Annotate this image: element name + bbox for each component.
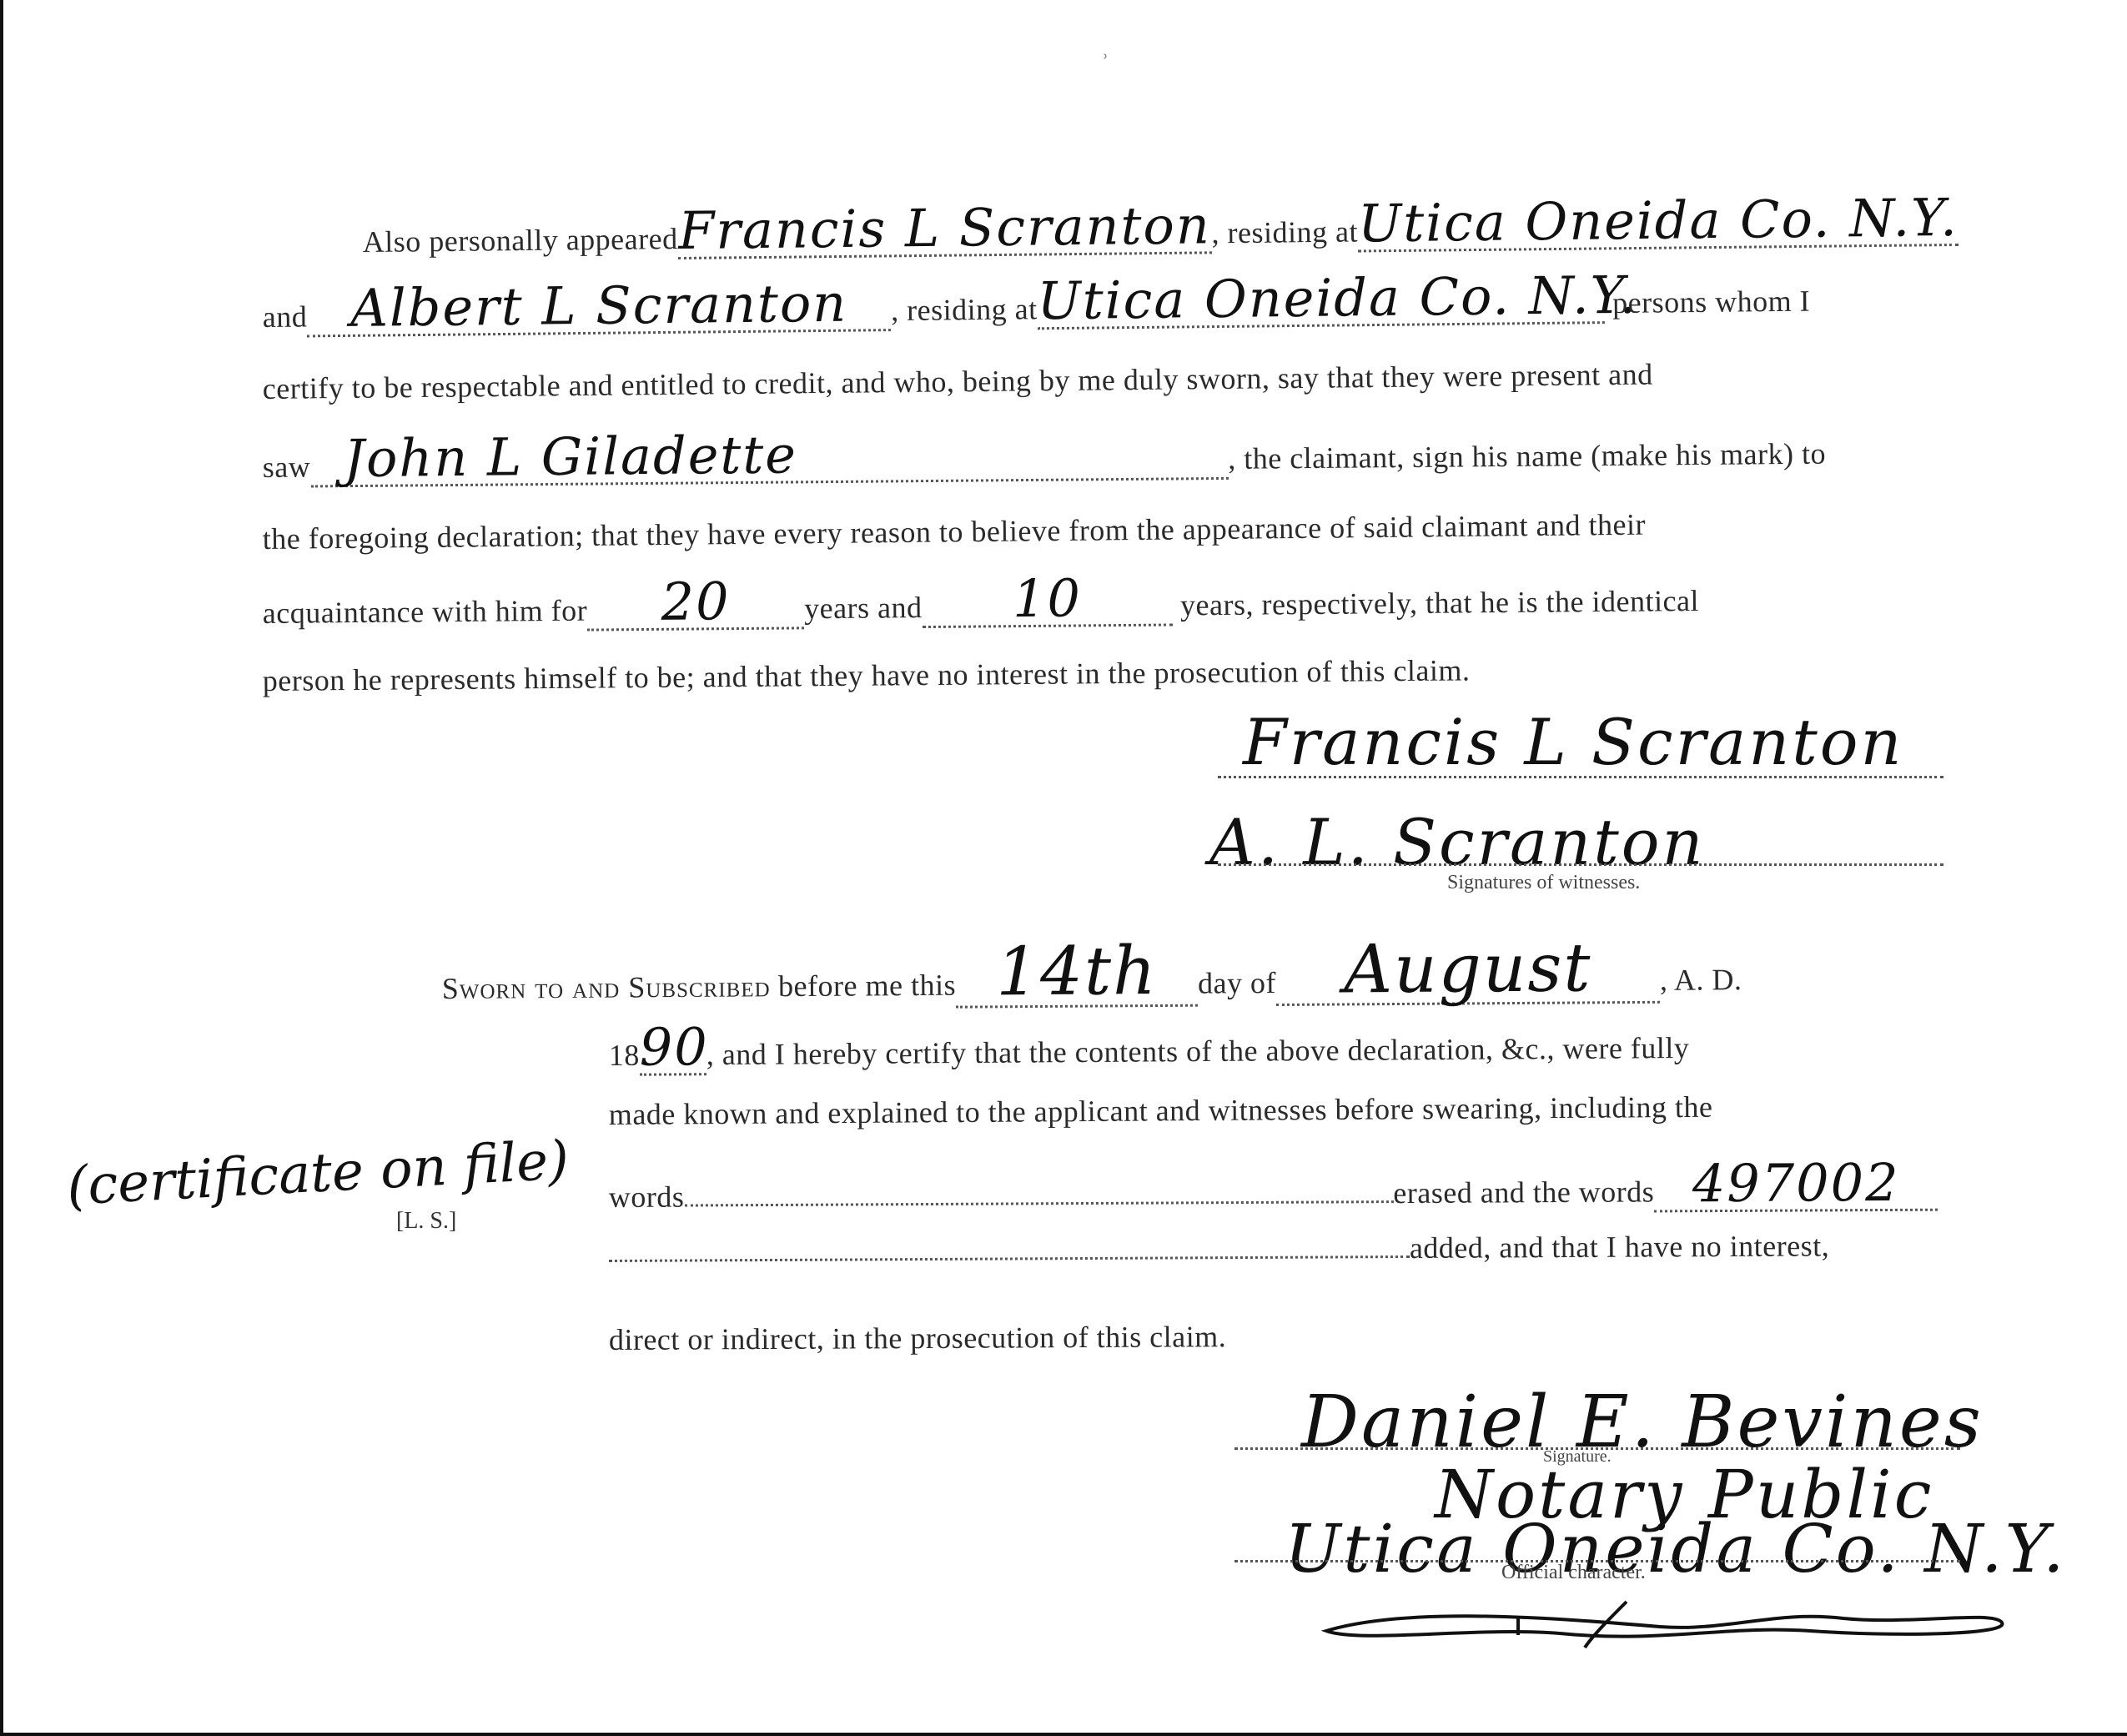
label-hereby-certify: , and I hereby certify that the contents… xyxy=(706,1031,1690,1071)
jurat-line-4: wordserased and the words497002 xyxy=(609,1157,1938,1218)
witness2-name: Albert L Scranton xyxy=(350,278,848,335)
years-witness1: 20 xyxy=(661,576,730,628)
jurat-line-3: made known and explained to the applican… xyxy=(609,1089,1713,1132)
label-acquaintance: acquaintance with him for xyxy=(263,594,588,630)
label-before-me-this: before me this xyxy=(778,969,956,1003)
notary-official-character-2: Utica Oneida Co. N.Y. xyxy=(1285,1510,2067,1588)
label-years-respectively: years, respectively, that he is the iden… xyxy=(1180,584,1699,621)
claimant-name: John L Giladette xyxy=(344,429,797,485)
margin-note-certificate-on-file: (certificate on file) xyxy=(65,1130,570,1217)
label-residing-at-2: , residing at xyxy=(891,292,1038,327)
notary-flourish-icon xyxy=(1310,1585,2019,1660)
witness-line-7: person he represents himself to be; and … xyxy=(263,652,1471,698)
jurat-month: August xyxy=(1344,934,1592,1003)
witness-signature-1: Francis L Scranton xyxy=(1243,705,1903,779)
label-saw: saw xyxy=(263,450,311,484)
jurat-line-6: direct or indirect, in the prosecution o… xyxy=(609,1319,1227,1357)
label-residing-at-1: , residing at xyxy=(1211,215,1358,250)
added-words-value: 497002 xyxy=(1692,1157,1900,1210)
witness-line-3: certify to be respectable and entitled t… xyxy=(263,357,1653,406)
jurat-day: 14th xyxy=(996,938,1158,1005)
witness1-name: Francis L Scranton xyxy=(678,199,1211,257)
label-year-prefix: 18 xyxy=(609,1039,640,1072)
label-and: and xyxy=(263,299,308,334)
witness-line-5: the foregoing declaration; that they hav… xyxy=(263,507,1647,556)
erased-words-field xyxy=(684,1200,1393,1206)
witness1-residence: Utica Oneida Co. N.Y. xyxy=(1358,192,1959,250)
jurat-line-1: Sworn to and Subscribed before me this14… xyxy=(441,933,1742,1012)
added-words-field xyxy=(609,1255,1410,1262)
jurat-year: 90 xyxy=(640,1021,709,1074)
seal-ls: [L. S.] xyxy=(396,1208,456,1235)
jurat-line-5: added, and that I have no interest, xyxy=(609,1228,1830,1270)
label-day-of: day of xyxy=(1198,966,1276,1000)
scan-bottom-border xyxy=(0,1733,2127,1736)
witness-line-6: acquaintance with him for20years and10 y… xyxy=(262,567,1699,634)
label-ad: , A. D. xyxy=(1660,963,1742,997)
notary-signature: Daniel E. Bevines xyxy=(1301,1381,1984,1464)
label-years-and: years and xyxy=(804,591,923,625)
witness2-residence: Utica Oneida Co. N.Y. xyxy=(1037,269,1637,328)
label-words: words xyxy=(609,1180,685,1214)
label-also-appeared: Also personally appeared xyxy=(363,222,678,259)
witness-signature-2: A. L. Scranton xyxy=(1209,805,1705,879)
caption-signatures-of-witnesses: Signatures of witnesses. xyxy=(1447,872,1640,894)
years-witness2: 10 xyxy=(1013,572,1082,625)
caption-official-character: Official character. xyxy=(1501,1562,1646,1584)
label-added: added, and that I have no interest, xyxy=(1410,1229,1830,1265)
label-erased: erased and the words xyxy=(1393,1175,1654,1210)
witness-signature-line-2 xyxy=(1218,863,1943,866)
jurat-line-2: 1890, and I hereby certify that the cont… xyxy=(609,1014,1690,1076)
label-the-claimant: , the claimant, sign his name (make his … xyxy=(1228,437,1826,476)
stray-mark: ʾ xyxy=(1101,50,1109,78)
scan-left-border xyxy=(0,0,3,1736)
label-persons-whom: persons whom I xyxy=(1612,284,1810,320)
label-sworn-subscribed: Sworn to and Subscribed xyxy=(442,969,771,1005)
witness-line-4: sawJohn L Giladette, the claimant, sign … xyxy=(262,420,1826,488)
witness-line-1: Also personally appearedFrancis L Scrant… xyxy=(362,192,1959,263)
witness-line-2: andAlbert L Scranton, residing atUtica O… xyxy=(262,268,1810,338)
witness-signature-line-1 xyxy=(1218,776,1943,778)
